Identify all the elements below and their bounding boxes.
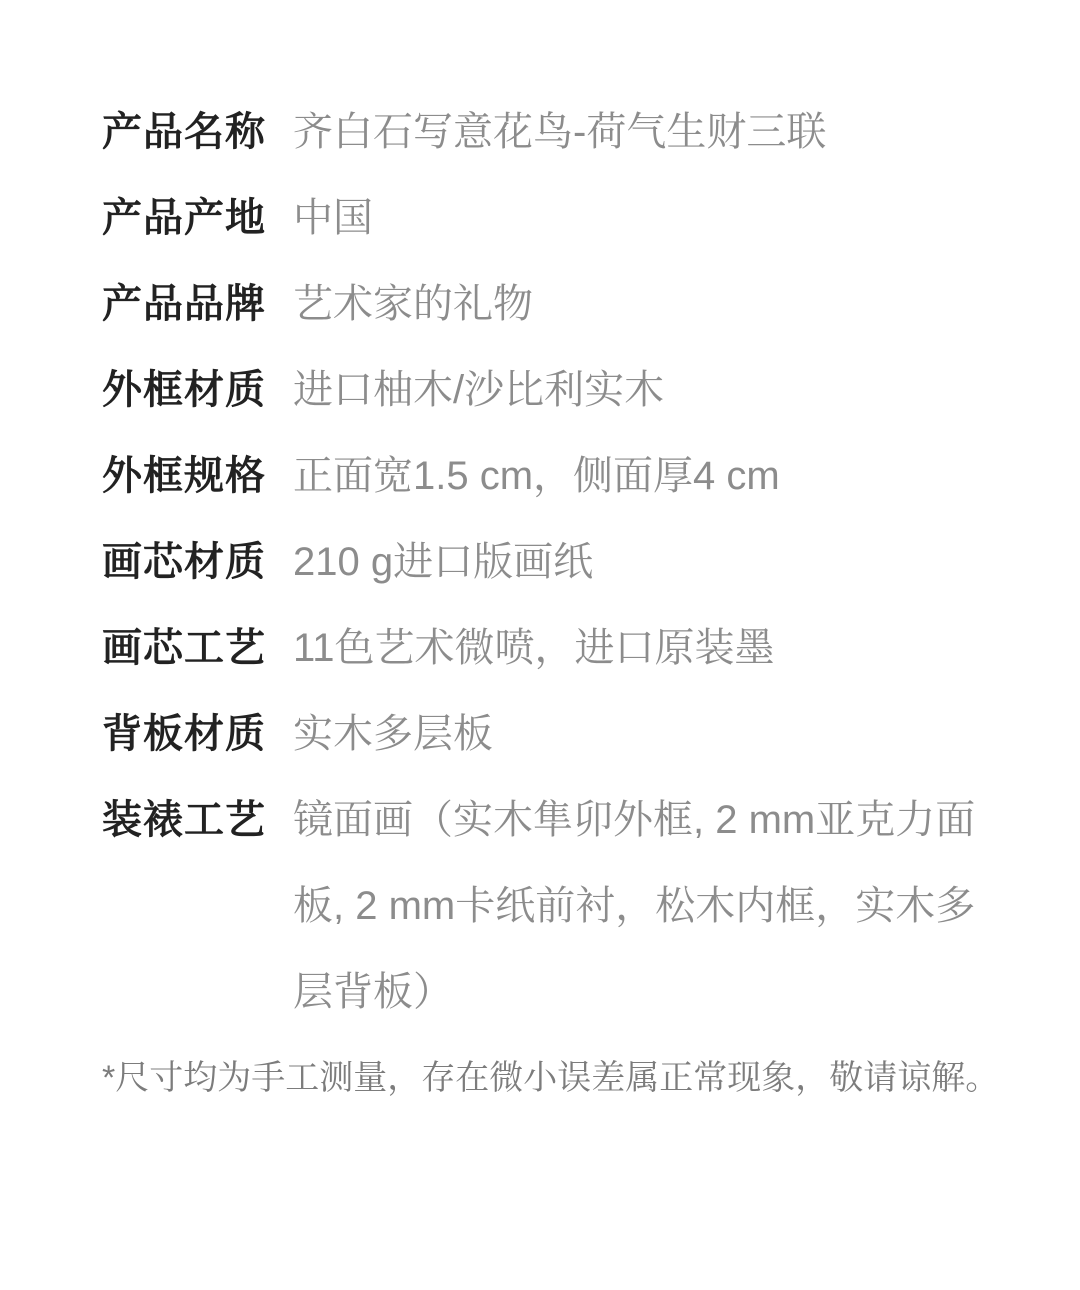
spec-row: 画芯材质210 g进口版画纸: [102, 519, 987, 605]
spec-row: 产品名称齐白石写意花鸟-荷气生财三联: [102, 89, 987, 175]
spec-label: 产品名称: [102, 89, 268, 175]
spec-row: 装裱工艺镜面画（实木隼卯外框, 2 mm亚克力面板, 2 mm卡纸前衬，松木内框…: [102, 777, 987, 1035]
spec-label: 背板材质: [102, 691, 268, 777]
spec-value: 正面宽1.5 cm，侧面厚4 cm: [293, 433, 987, 519]
spec-row: 画芯工艺11色艺术微喷，进口原装墨: [102, 605, 987, 691]
spec-row: 外框规格正面宽1.5 cm，侧面厚4 cm: [102, 433, 987, 519]
spec-value: 镜面画（实木隼卯外框, 2 mm亚克力面板, 2 mm卡纸前衬，松木内框，实木多…: [293, 777, 987, 1035]
spec-label: 画芯工艺: [102, 605, 268, 691]
spec-label: 画芯材质: [102, 519, 268, 605]
spec-value: 艺术家的礼物: [293, 261, 987, 347]
spec-row: 产品品牌艺术家的礼物: [102, 261, 987, 347]
spec-value: 中国: [293, 175, 987, 261]
spec-value: 齐白石写意花鸟-荷气生财三联: [293, 89, 987, 175]
spec-rows: 产品名称齐白石写意花鸟-荷气生财三联产品产地中国产品品牌艺术家的礼物外框材质进口…: [102, 89, 987, 1035]
spec-label: 外框规格: [102, 433, 268, 519]
product-spec-page: { "spec_table": { "rows": [ { "label": "…: [0, 0, 1080, 1290]
measurement-disclaimer-footnote: *尺寸均为手工测量，存在微小误差属正常现象，敬请谅解。: [102, 1035, 987, 1121]
spec-label: 外框材质: [102, 347, 268, 433]
spec-row: 产品产地中国: [102, 175, 987, 261]
spec-row: 外框材质进口柚木/沙比利实木: [102, 347, 987, 433]
spec-label: 产品品牌: [102, 261, 268, 347]
spec-value: 11色艺术微喷，进口原装墨: [293, 605, 987, 691]
spec-value: 实木多层板: [293, 691, 987, 777]
spec-value: 进口柚木/沙比利实木: [293, 347, 987, 433]
product-spec-table: 产品名称齐白石写意花鸟-荷气生财三联产品产地中国产品品牌艺术家的礼物外框材质进口…: [102, 89, 987, 1121]
spec-label: 装裱工艺: [102, 777, 268, 863]
spec-value: 210 g进口版画纸: [293, 519, 987, 605]
spec-label: 产品产地: [102, 175, 268, 261]
spec-row: 背板材质实木多层板: [102, 691, 987, 777]
